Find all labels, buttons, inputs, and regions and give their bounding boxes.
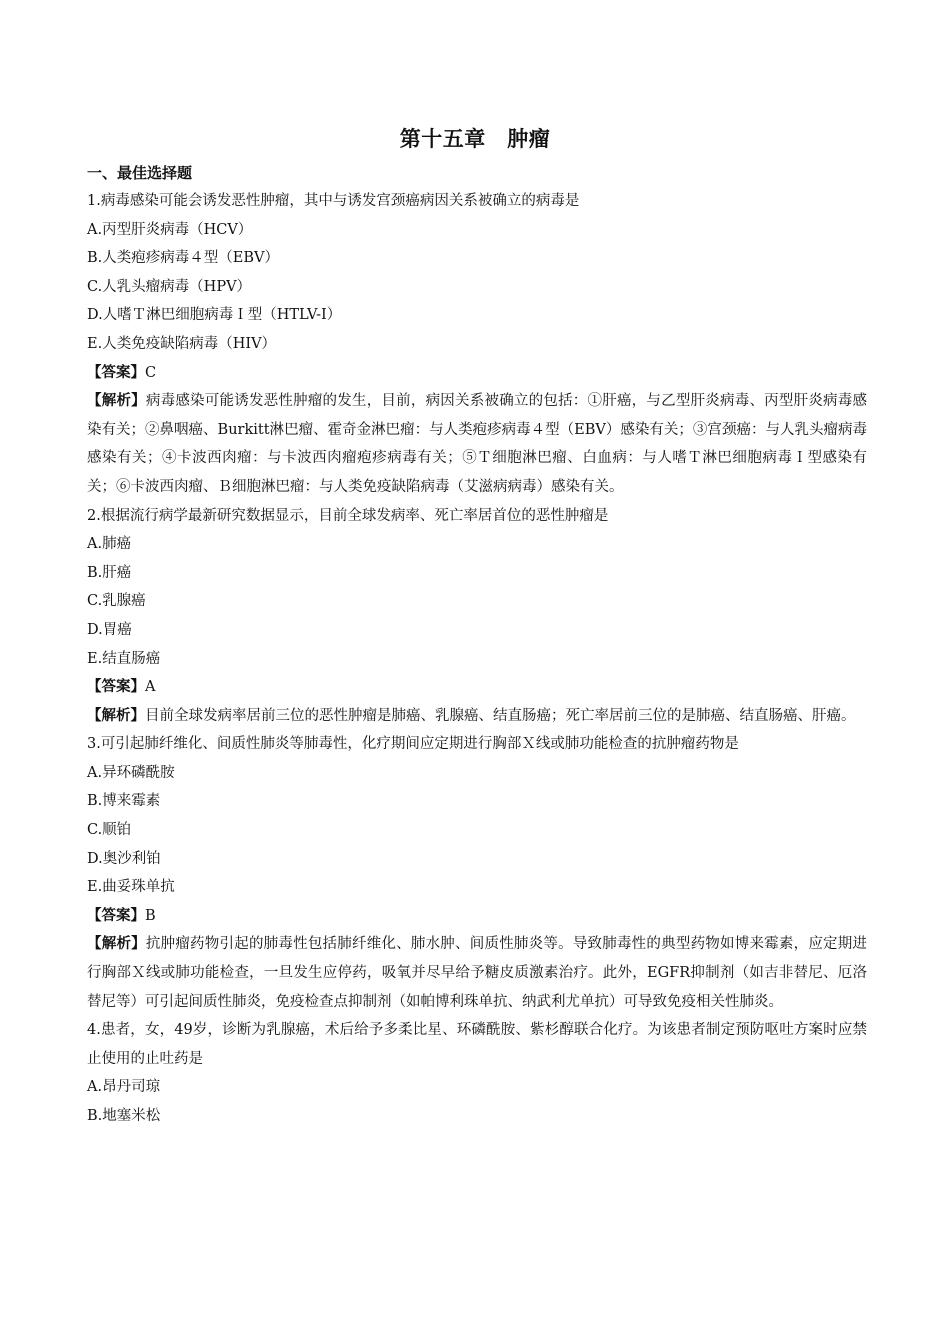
option-e: E.结直肠癌 xyxy=(87,645,867,674)
analysis-text: 抗肿瘤药物引起的肺毒性包括肺纤维化、肺水肿、间质性肺炎等。导致肺毒性的典型药物如… xyxy=(87,936,867,1009)
option-d: D.奥沙利铂 xyxy=(87,845,867,874)
answer-value: A xyxy=(145,679,155,695)
question-2: 2.根据流行病学最新研究数据显示，目前全球发病率、死亡率居首位的恶性肿瘤是 A.… xyxy=(87,502,867,731)
analysis-label: 【解析】 xyxy=(87,393,146,409)
option-d: D.胃癌 xyxy=(87,616,867,645)
question-stem: 1.病毒感染可能会诱发恶性肿瘤，其中与诱发宫颈癌病因关系被确立的病毒是 xyxy=(87,187,867,216)
question-4: 4.患者，女，49岁，诊断为乳腺癌，术后给予多柔比星、环磷酰胺、紫杉醇联合化疗。… xyxy=(87,1016,867,1130)
answer-value: B xyxy=(145,908,156,924)
option-c: C.人乳头瘤病毒（HPV） xyxy=(87,273,867,302)
answer-label: 【答案】 xyxy=(87,365,145,381)
question-3: 3.可引起肺纤维化、间质性肺炎等肺毒性，化疗期间应定期进行胸部Ｘ线或肺功能检查的… xyxy=(87,730,867,1016)
analysis-text: 目前全球发病率居前三位的恶性肿瘤是肺癌、乳腺癌、结直肠癌；死亡率居前三位的是肺癌… xyxy=(145,708,856,724)
answer: 【答案】B xyxy=(87,902,867,931)
option-a: A.异环磷酰胺 xyxy=(87,759,867,788)
answer: 【答案】A xyxy=(87,673,867,702)
analysis-label: 【解析】 xyxy=(87,936,146,952)
option-d: D.人嗜Ｔ淋巴细胞病毒Ｉ型（HTLV-I） xyxy=(87,301,867,330)
option-e: E.人类免疫缺陷病毒（HIV） xyxy=(87,330,867,359)
question-1: 1.病毒感染可能会诱发恶性肿瘤，其中与诱发宫颈癌病因关系被确立的病毒是 A.丙型… xyxy=(87,187,867,502)
answer-label: 【答案】 xyxy=(87,679,145,695)
document-content: 一、最佳选择题 1.病毒感染可能会诱发恶性肿瘤，其中与诱发宫颈癌病因关系被确立的… xyxy=(87,160,867,1131)
analysis: 【解析】目前全球发病率居前三位的恶性肿瘤是肺癌、乳腺癌、结直肠癌；死亡率居前三位… xyxy=(87,702,867,731)
option-c: C.乳腺癌 xyxy=(87,587,867,616)
analysis-label: 【解析】 xyxy=(87,708,145,724)
analysis: 【解析】病毒感染可能诱发恶性肿瘤的发生，目前，病因关系被确立的包括：①肝癌，与乙… xyxy=(87,387,867,501)
section-heading: 一、最佳选择题 xyxy=(87,160,867,187)
document-page: 第十五章 肿瘤 一、最佳选择题 1.病毒感染可能会诱发恶性肿瘤，其中与诱发宫颈癌… xyxy=(0,0,950,1344)
option-a: A.昂丹司琼 xyxy=(87,1073,867,1102)
question-stem: 2.根据流行病学最新研究数据显示，目前全球发病率、死亡率居首位的恶性肿瘤是 xyxy=(87,502,867,531)
option-b: B.博来霉素 xyxy=(87,787,867,816)
chapter-title: 第十五章 肿瘤 xyxy=(0,124,950,154)
answer-label: 【答案】 xyxy=(87,908,145,924)
option-c: C.顺铂 xyxy=(87,816,867,845)
option-b: B.地塞米松 xyxy=(87,1102,867,1131)
analysis-text: 病毒感染可能诱发恶性肿瘤的发生，目前，病因关系被确立的包括：①肝癌，与乙型肝炎病… xyxy=(87,393,867,495)
analysis: 【解析】抗肿瘤药物引起的肺毒性包括肺纤维化、肺水肿、间质性肺炎等。导致肺毒性的典… xyxy=(87,930,867,1016)
question-stem: 3.可引起肺纤维化、间质性肺炎等肺毒性，化疗期间应定期进行胸部Ｘ线或肺功能检查的… xyxy=(87,730,867,759)
option-a: A.肺癌 xyxy=(87,530,867,559)
answer-value: C xyxy=(145,365,156,381)
option-e: E.曲妥珠单抗 xyxy=(87,873,867,902)
answer: 【答案】C xyxy=(87,359,867,388)
option-b: B.肝癌 xyxy=(87,559,867,588)
option-a: A.丙型肝炎病毒（HCV） xyxy=(87,216,867,245)
question-stem: 4.患者，女，49岁，诊断为乳腺癌，术后给予多柔比星、环磷酰胺、紫杉醇联合化疗。… xyxy=(87,1016,867,1073)
option-b: B.人类疱疹病毒４型（EBV） xyxy=(87,244,867,273)
